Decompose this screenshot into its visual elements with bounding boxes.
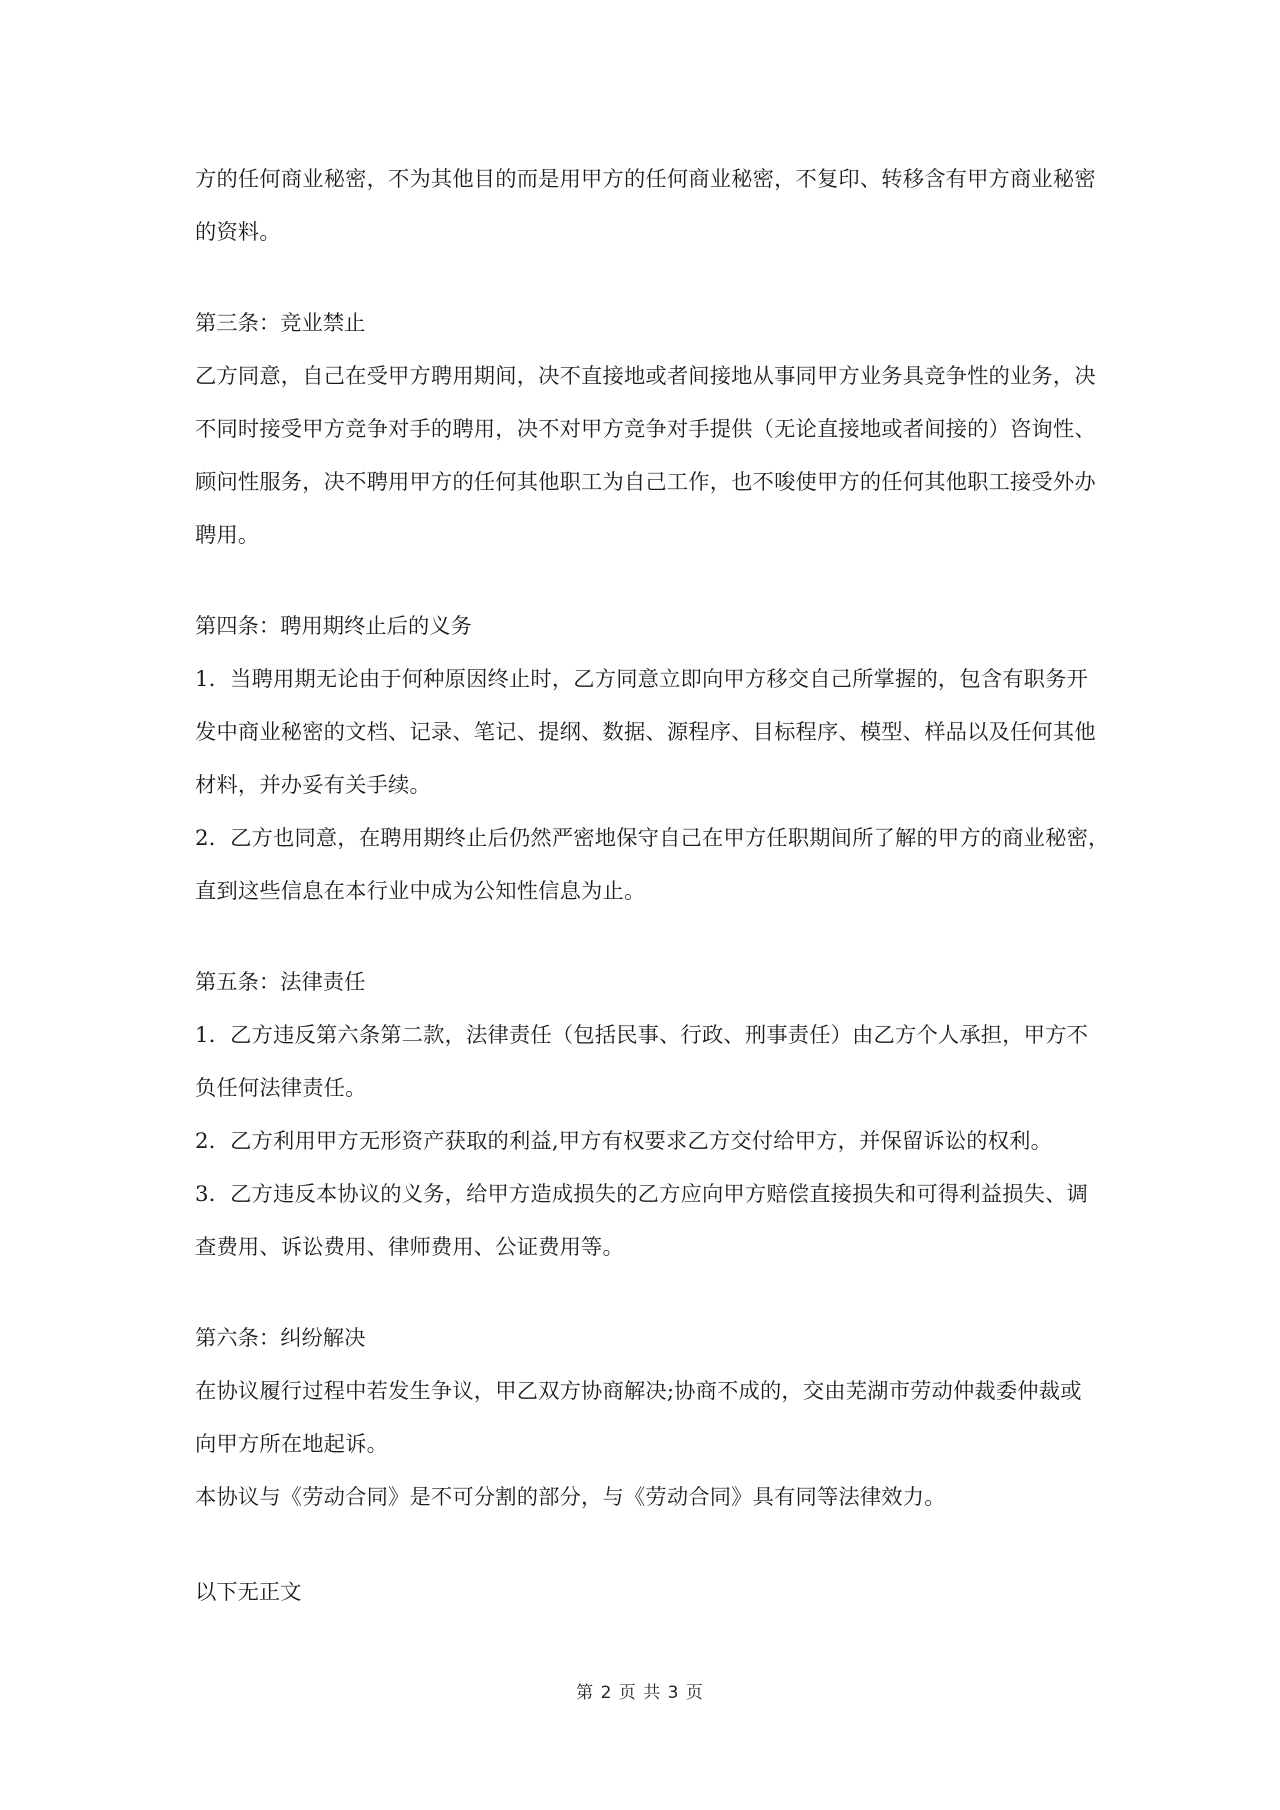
paragraph-line: 材料，并办妥有关手续。 (195, 759, 1095, 812)
paragraph-line: 1．当聘用期无论由于何种原因终止时，乙方同意立即向甲方移交自己所掌握的，包含有职… (195, 653, 1095, 706)
continuation-paragraph: 方的任何商业秘密，不为其他目的而是用甲方的任何商业秘密，不复印、转移含有甲方商业… (195, 153, 1095, 259)
section-heading: 第四条：聘用期终止后的义务 (195, 600, 1095, 653)
paragraph-line: 方的任何商业秘密，不为其他目的而是用甲方的任何商业秘密，不复印、转移含有甲方商业… (195, 153, 1095, 206)
section-heading: 第六条：纠纷解决 (195, 1312, 1095, 1365)
paragraph-line: 顾问性服务，决不聘用甲方的任何其他职工为自己工作，也不唆使甲方的任何其他职工接受… (195, 456, 1095, 509)
section-article-4: 第四条：聘用期终止后的义务 1．当聘用期无论由于何种原因终止时，乙方同意立即向甲… (195, 600, 1095, 918)
paragraph-line: 发中商业秘密的文档、记录、笔记、提纲、数据、源程序、目标程序、模型、样品以及任何… (195, 706, 1095, 759)
document-page: 方的任何商业秘密，不为其他目的而是用甲方的任何商业秘密，不复印、转移含有甲方商业… (195, 153, 1095, 1524)
paragraph-line: 3．乙方违反本协议的义务，给甲方造成损失的乙方应向甲方赔偿直接损失和可得利益损失… (195, 1168, 1095, 1221)
section-article-3: 第三条：竞业禁止 乙方同意，自己在受甲方聘用期间，决不直接地或者间接地从事同甲方… (195, 297, 1095, 562)
paragraph-line: 1．乙方违反第六条第二款，法律责任（包括民事、行政、刑事责任）由乙方个人承担，甲… (195, 1009, 1095, 1062)
paragraph-line: 向甲方所在地起诉。 (195, 1418, 1095, 1471)
paragraph-line: 直到这些信息在本行业中成为公知性信息为止。 (195, 865, 1095, 918)
paragraph-line: 聘用。 (195, 509, 1095, 562)
section-heading: 第三条：竞业禁止 (195, 297, 1095, 350)
end-of-text-note: 以下无正文 (195, 1566, 302, 1619)
section-heading: 第五条：法律责任 (195, 956, 1095, 1009)
section-article-6: 第六条：纠纷解决 在协议履行过程中若发生争议，甲乙双方协商解决;协商不成的，交由… (195, 1312, 1095, 1524)
paragraph-line: 乙方同意，自己在受甲方聘用期间，决不直接地或者间接地从事同甲方业务具竞争性的业务… (195, 350, 1095, 403)
section-article-5: 第五条：法律责任 1．乙方违反第六条第二款，法律责任（包括民事、行政、刑事责任）… (195, 956, 1095, 1274)
paragraph-line: 在协议履行过程中若发生争议，甲乙双方协商解决;协商不成的，交由芜湖市劳动仲裁委仲… (195, 1365, 1095, 1418)
paragraph-line: 2．乙方利用甲方无形资产获取的利益,甲方有权要求乙方交付给甲方，并保留诉讼的权利… (195, 1115, 1095, 1168)
paragraph-line: 的资料。 (195, 206, 1095, 259)
paragraph-line: 不同时接受甲方竞争对手的聘用，决不对甲方竞争对手提供（无论直接地或者间接的）咨询… (195, 403, 1095, 456)
paragraph-line: 2．乙方也同意，在聘用期终止后仍然严密地保守自己在甲方任职期间所了解的甲方的商业… (195, 812, 1095, 865)
page-footer: 第 2 页 共 3 页 (0, 1680, 1280, 1706)
paragraph-line: 本协议与《劳动合同》是不可分割的部分，与《劳动合同》具有同等法律效力。 (195, 1471, 1095, 1524)
paragraph-line: 负任何法律责任。 (195, 1062, 1095, 1115)
paragraph-line: 查费用、诉讼费用、律师费用、公证费用等。 (195, 1221, 1095, 1274)
